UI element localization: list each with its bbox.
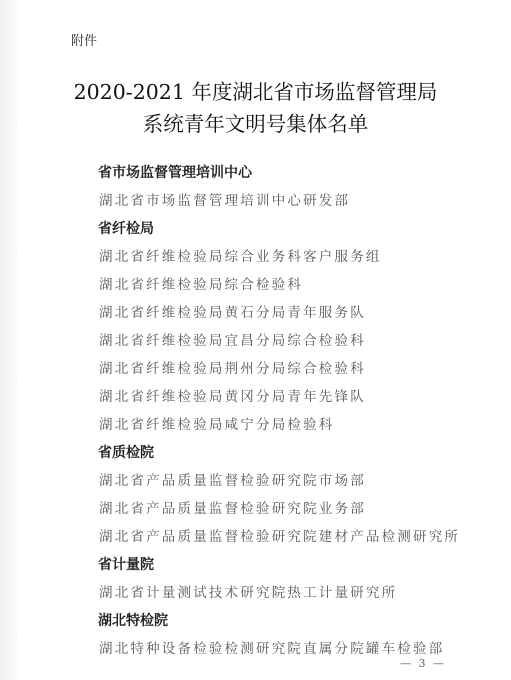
section-heading: 省纤检局 <box>98 215 460 243</box>
title-line-1: 2020-2021 年度湖北省市场监督管理局 <box>0 76 511 108</box>
list-item: 湖北省市场监督管理培训中心研发部 <box>99 187 460 215</box>
list-item: 湖北省纤维检验局咸宁分局检验科 <box>99 411 460 439</box>
section-heading: 湖北特检院 <box>98 607 460 635</box>
list-item: 湖北省产品质量监督检验研究院建材产品检测研究所 <box>99 523 460 551</box>
document-title: 2020-2021 年度湖北省市场监督管理局 系统青年文明号集体名单 <box>0 76 511 140</box>
section-heading: 省市场监督管理培训中心 <box>98 159 460 187</box>
section-heading: 省计量院 <box>98 551 460 579</box>
list-item: 湖北省纤维检验局综合业务科客户服务组 <box>99 243 460 271</box>
collective-list: 省市场监督管理培训中心 湖北省市场监督管理培训中心研发部 省纤检局 湖北省纤维检… <box>99 159 460 663</box>
title-line-2: 系统青年文明号集体名单 <box>0 108 511 140</box>
list-item: 湖北省纤维检验局宜昌分局综合检验科 <box>99 327 460 355</box>
list-item: 湖北省纤维检验局黄石分局青年服务队 <box>99 299 460 327</box>
document-page: 附件 2020-2021 年度湖北省市场监督管理局 系统青年文明号集体名单 省市… <box>0 0 511 680</box>
list-item: 湖北省计量测试技术研究院热工计量研究所 <box>99 579 460 607</box>
attachment-label: 附件 <box>71 30 97 49</box>
list-item: 湖北省纤维检验局荆州分局综合检验科 <box>99 355 460 383</box>
list-item: 湖北省产品质量监督检验研究院市场部 <box>99 467 460 495</box>
list-item: 湖北省纤维检验局综合检验科 <box>99 271 460 299</box>
list-item: 湖北省产品质量监督检验研究院业务部 <box>99 495 460 523</box>
list-item: 湖北省纤维检验局黄冈分局青年先锋队 <box>99 383 460 411</box>
section-heading: 省质检院 <box>98 439 460 467</box>
page-number: — 3 — <box>400 657 446 670</box>
